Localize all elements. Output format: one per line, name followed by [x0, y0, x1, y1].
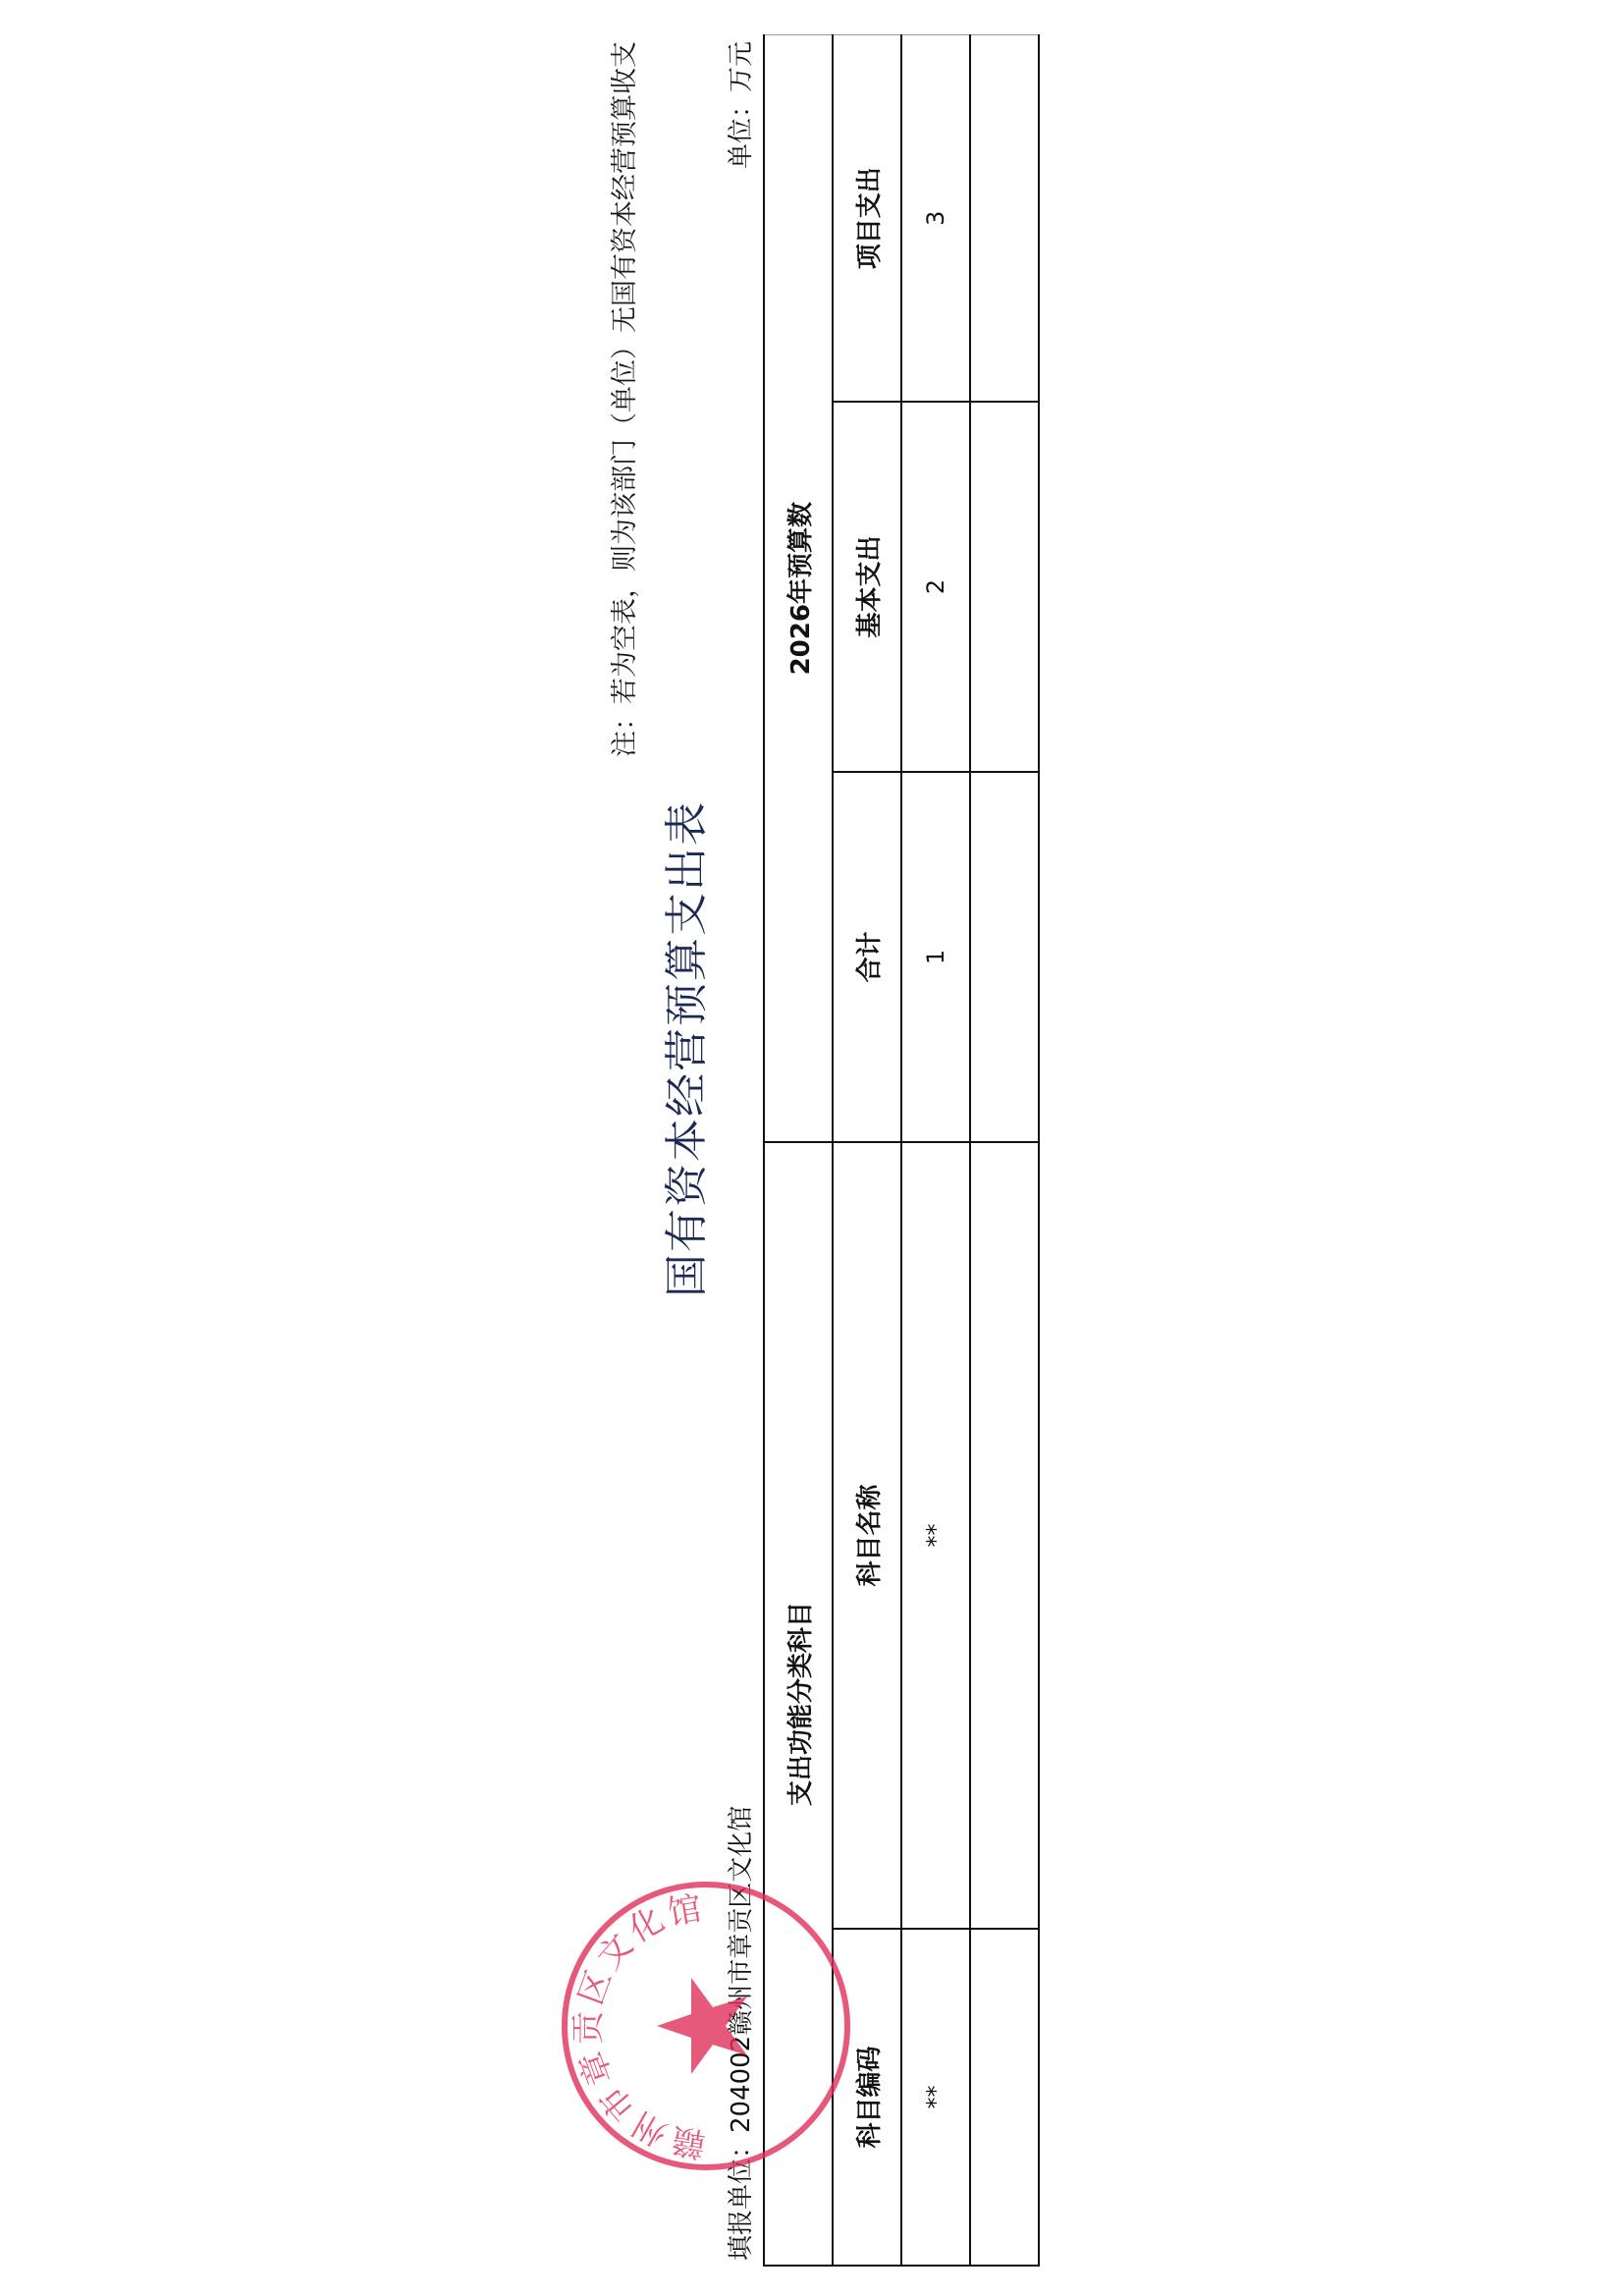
filling-unit-label: 填报单位：204002赣州市章贡区文化馆: [725, 1573, 758, 2261]
cell-subject-code: [970, 1929, 1039, 2266]
index-cell: 2: [901, 402, 970, 772]
header-budget-2026: 2026年预算数: [764, 35, 833, 1142]
header-subject-name: 科目名称: [833, 1142, 901, 1929]
empty-table-note: 注：若为空表，则为该部门（单位）无国有资本经营预算收支: [609, 41, 642, 882]
header-total: 合计: [833, 772, 901, 1142]
cell-project-expenditure: [970, 35, 1039, 402]
cell-basic-expenditure: [970, 402, 1039, 772]
currency-unit-label: 单位：万元: [725, 41, 758, 283]
group-header-row: 支出功能分类科目 2026年预算数: [764, 35, 833, 2266]
header-project-expenditure: 项目支出: [833, 35, 901, 402]
index-cell: 1: [901, 772, 970, 1142]
header-basic-expenditure: 基本支出: [833, 402, 901, 772]
svg-text:赣州市章贡区文化馆: 赣州市章贡区文化馆: [569, 1888, 709, 2163]
index-cell: **: [901, 1929, 970, 2266]
index-row: ** ** 1 2 3: [901, 35, 970, 2266]
cell-subject-name: [970, 1142, 1039, 1929]
index-cell: 3: [901, 35, 970, 402]
table-row: [970, 35, 1039, 2266]
index-cell: **: [901, 1142, 970, 1929]
header-classification: 支出功能分类科目: [764, 1142, 833, 2266]
expenditure-table: 支出功能分类科目 2026年预算数 科目编码 科目名称 合计 基本支出 项目支出…: [763, 34, 1040, 2267]
column-header-row: 科目编码 科目名称 合计 基本支出 项目支出: [833, 35, 901, 2266]
header-subject-code: 科目编码: [833, 1929, 901, 2266]
seal-text: 赣州市章贡区文化馆: [569, 1888, 709, 2163]
rotated-page: 注：若为空表，则为该部门（单位）无国有资本经营预算收支 国有资本经营预算支出表 …: [0, 0, 1623, 2296]
page-title: 国有资本经营预算支出表: [658, 784, 717, 1314]
cell-total: [970, 772, 1039, 1142]
